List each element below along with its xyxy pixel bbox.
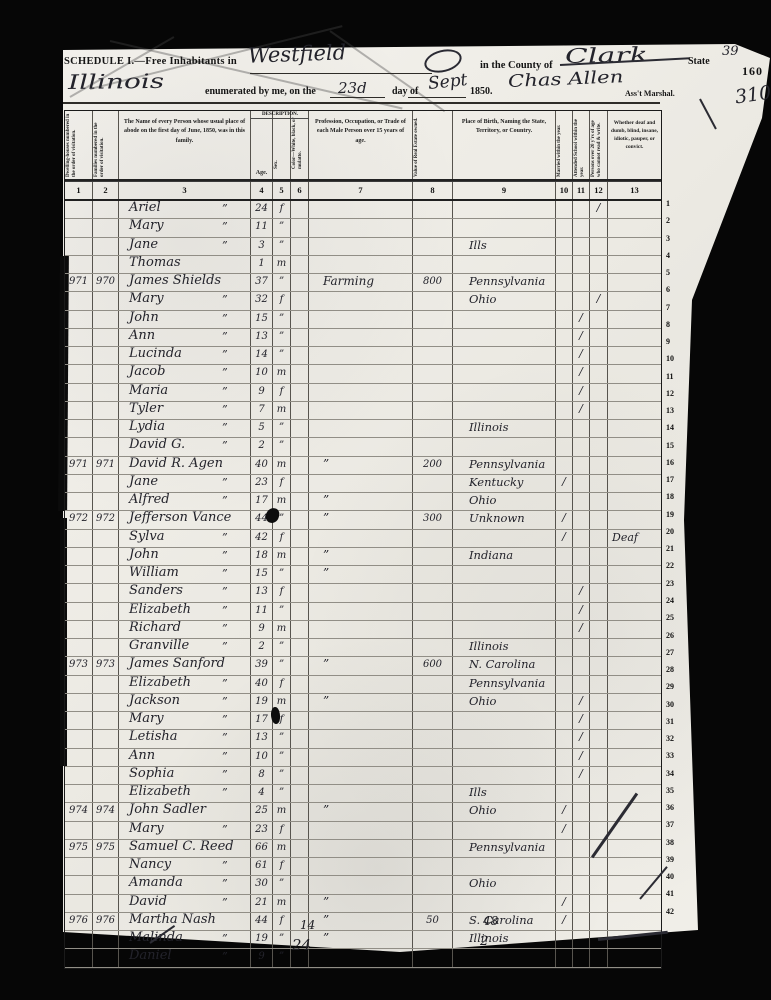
col-header-color: Color—White, black, or mulatto. bbox=[291, 111, 309, 179]
occupation-value bbox=[309, 603, 413, 620]
dwelling-number bbox=[65, 621, 93, 638]
person-name: Ann bbox=[119, 328, 222, 345]
real-estate-value bbox=[413, 931, 453, 948]
age-value: 23 bbox=[251, 822, 273, 839]
name-cell: James Shields bbox=[119, 274, 251, 291]
family-number: 970 bbox=[93, 274, 119, 291]
census-table: Dwelling-houses numbered in the order of… bbox=[64, 110, 662, 969]
person-name: Granville bbox=[119, 638, 222, 655]
family-number bbox=[93, 420, 119, 437]
footer-tally: 24 bbox=[292, 936, 311, 954]
marshal-label: Ass't Marshal. bbox=[625, 89, 675, 98]
condition-note bbox=[608, 384, 661, 401]
married-tick bbox=[556, 420, 573, 437]
color-cell bbox=[291, 603, 309, 620]
family-number: 976 bbox=[93, 913, 119, 930]
pencil-page-number: 39 bbox=[722, 44, 739, 59]
occupation-value bbox=[309, 858, 413, 875]
married-tick bbox=[556, 402, 573, 419]
col-number: 2 bbox=[93, 182, 119, 199]
condition-note bbox=[608, 749, 661, 766]
married-tick bbox=[556, 457, 573, 474]
color-cell bbox=[291, 767, 309, 784]
color-cell bbox=[291, 384, 309, 401]
age-value: 18 bbox=[251, 548, 273, 565]
married-tick bbox=[556, 639, 573, 656]
condition-note bbox=[608, 949, 661, 966]
birthplace-value: Pennsylvania bbox=[453, 676, 556, 693]
table-row: Jane ” 3 ” Ills bbox=[65, 238, 661, 256]
line-numbers: 1234567891011121314151617181920212223242… bbox=[666, 195, 686, 925]
real-estate-value bbox=[413, 256, 453, 273]
school-tick bbox=[573, 292, 590, 309]
table-row: Mary ” 17 f ∕ bbox=[65, 712, 661, 730]
col-number: 7 bbox=[309, 182, 413, 199]
family-number bbox=[93, 219, 119, 236]
sex-value: f bbox=[273, 475, 291, 492]
occupation-value bbox=[309, 365, 413, 382]
school-tick bbox=[573, 274, 590, 291]
line-number: 32 bbox=[666, 734, 684, 743]
name-cell: Sophia ” bbox=[119, 767, 251, 784]
school-tick bbox=[573, 219, 590, 236]
cannot-read-tick bbox=[590, 712, 608, 729]
person-name: James Shields bbox=[119, 273, 222, 290]
birthplace-value bbox=[453, 749, 556, 766]
color-cell bbox=[291, 256, 309, 273]
occupation-value bbox=[309, 475, 413, 492]
married-tick bbox=[556, 274, 573, 291]
table-row: Elizabeth ” 4 ” Ills bbox=[65, 785, 661, 803]
cannot-read-tick bbox=[590, 420, 608, 437]
occupation-value: ” bbox=[309, 511, 413, 528]
married-tick: ∕ bbox=[556, 511, 573, 528]
school-tick bbox=[573, 822, 590, 839]
real-estate-value: 50 bbox=[413, 913, 453, 930]
name-cell: Richard ” bbox=[119, 621, 251, 638]
person-name: Alfred bbox=[119, 492, 222, 509]
col-number: 10 bbox=[556, 182, 573, 199]
school-tick: ∕ bbox=[573, 603, 590, 620]
line-number: 13 bbox=[666, 406, 684, 415]
school-tick bbox=[573, 785, 590, 802]
line-number: 37 bbox=[666, 820, 684, 829]
table-row: Sophia ” 8 ” ∕ bbox=[65, 767, 661, 785]
birthplace-value bbox=[453, 858, 556, 875]
occupation-value: ” bbox=[309, 548, 413, 565]
school-tick bbox=[573, 913, 590, 930]
birthplace-value bbox=[453, 584, 556, 601]
married-tick bbox=[556, 493, 573, 510]
ditto-mark bbox=[223, 457, 250, 474]
line-number: 38 bbox=[666, 838, 684, 847]
sex-value: ” bbox=[273, 274, 291, 291]
family-number bbox=[93, 603, 119, 620]
table-row: John ” 15 ” ∕ bbox=[65, 311, 661, 329]
condition-note bbox=[608, 840, 661, 857]
person-name: William bbox=[119, 565, 222, 582]
birthplace-value bbox=[453, 402, 556, 419]
cannot-read-tick bbox=[590, 566, 608, 583]
ditto-mark: ” bbox=[222, 292, 250, 309]
school-tick bbox=[573, 639, 590, 656]
age-value: 10 bbox=[251, 749, 273, 766]
birthplace-value: Indiana bbox=[453, 548, 556, 565]
color-cell bbox=[291, 274, 309, 291]
ditto-mark: ” bbox=[222, 420, 250, 437]
family-number bbox=[93, 931, 119, 948]
table-row: Richard ” 9 m ∕ bbox=[65, 621, 661, 639]
family-number bbox=[93, 548, 119, 565]
handwritten-state: Illinois bbox=[68, 69, 165, 94]
col-header-condition: Whether deaf and dumb, blind, insane, id… bbox=[608, 111, 661, 179]
ditto-mark: ” bbox=[222, 949, 250, 966]
school-tick: ∕ bbox=[573, 311, 590, 328]
condition-note bbox=[608, 694, 661, 711]
school-tick bbox=[573, 238, 590, 255]
line-number: 24 bbox=[666, 596, 684, 605]
age-value: 40 bbox=[251, 457, 273, 474]
color-cell bbox=[291, 493, 309, 510]
birthplace-value bbox=[453, 566, 556, 583]
sex-value: ” bbox=[273, 639, 291, 656]
school-tick: ∕ bbox=[573, 329, 590, 346]
sex-value: f bbox=[273, 858, 291, 875]
cannot-read-tick bbox=[590, 657, 608, 674]
line-number: 12 bbox=[666, 389, 684, 398]
ditto-mark bbox=[222, 913, 250, 930]
occupation-value bbox=[309, 621, 413, 638]
occupation-value: ” bbox=[309, 895, 413, 912]
person-name: Lydia bbox=[119, 419, 222, 436]
age-value: 13 bbox=[251, 329, 273, 346]
name-cell: David ” bbox=[119, 895, 251, 912]
handwritten-month: Sept bbox=[427, 70, 468, 94]
family-number bbox=[93, 749, 119, 766]
age-value: 14 bbox=[251, 347, 273, 364]
sex-value: ” bbox=[273, 238, 291, 255]
col-header-family: Families numbered in the order of visita… bbox=[93, 111, 119, 179]
school-tick: ∕ bbox=[573, 402, 590, 419]
sex-value: m bbox=[273, 895, 291, 912]
condition-note bbox=[608, 347, 661, 364]
dwelling-number bbox=[65, 749, 93, 766]
dwelling-number bbox=[65, 730, 93, 747]
family-number bbox=[93, 895, 119, 912]
name-cell: Tyler ” bbox=[119, 402, 251, 419]
school-tick bbox=[573, 256, 590, 273]
family-number bbox=[93, 311, 119, 328]
birthplace-value: Ohio bbox=[453, 493, 556, 510]
dwelling-number bbox=[65, 219, 93, 236]
line-number: 14 bbox=[666, 423, 684, 432]
age-value: 32 bbox=[251, 292, 273, 309]
line-number: 34 bbox=[666, 769, 684, 778]
table-body: Ariel ” 24 f ∕ Mary ” 11 ” bbox=[65, 201, 661, 968]
sex-value: m bbox=[273, 840, 291, 857]
dwelling-number bbox=[65, 584, 93, 601]
married-tick bbox=[556, 858, 573, 875]
dwelling-number bbox=[65, 530, 93, 547]
real-estate-value: 200 bbox=[413, 457, 453, 474]
dwelling-number bbox=[65, 949, 93, 966]
color-cell bbox=[291, 876, 309, 893]
school-tick bbox=[573, 511, 590, 528]
ditto-mark: ” bbox=[222, 493, 250, 510]
cannot-read-tick bbox=[590, 219, 608, 236]
condition-note bbox=[608, 639, 661, 656]
state-label: State bbox=[688, 56, 710, 67]
condition-note bbox=[608, 457, 661, 474]
table-row: Mary ” 32 f Ohio ∕ bbox=[65, 292, 661, 310]
sex-value: f bbox=[273, 676, 291, 693]
real-estate-value bbox=[413, 858, 453, 875]
condition-note bbox=[608, 201, 661, 218]
color-cell bbox=[291, 530, 309, 547]
name-cell: Ann ” bbox=[119, 329, 251, 346]
ditto-mark: ” bbox=[222, 931, 250, 948]
person-name: Jackson bbox=[119, 693, 222, 710]
occupation-value: ” bbox=[309, 931, 413, 948]
married-tick bbox=[556, 785, 573, 802]
real-estate-value bbox=[413, 676, 453, 693]
ditto-mark: ” bbox=[222, 475, 250, 492]
condition-note bbox=[608, 730, 661, 747]
married-tick bbox=[556, 584, 573, 601]
cannot-read-tick bbox=[590, 730, 608, 747]
dwelling-number bbox=[65, 292, 93, 309]
married-tick bbox=[556, 603, 573, 620]
person-name: John bbox=[119, 547, 222, 564]
color-cell bbox=[291, 803, 309, 820]
person-name: Mary bbox=[119, 291, 222, 308]
school-tick: ∕ bbox=[573, 347, 590, 364]
age-value: 44 bbox=[251, 913, 273, 930]
condition-note bbox=[608, 420, 661, 437]
birthplace-value bbox=[453, 603, 556, 620]
real-estate-value bbox=[413, 749, 453, 766]
sex-value: ” bbox=[273, 311, 291, 328]
person-name: Sylva bbox=[119, 529, 222, 546]
occupation-value bbox=[309, 201, 413, 218]
cannot-read-tick bbox=[590, 858, 608, 875]
school-tick bbox=[573, 201, 590, 218]
married-tick bbox=[556, 876, 573, 893]
dwelling-number: 975 bbox=[65, 840, 93, 857]
table-row: Elizabeth ” 40 f Pennsylvania bbox=[65, 676, 661, 694]
family-number bbox=[93, 201, 119, 218]
name-cell: Malinda ” bbox=[119, 931, 251, 948]
condition-note bbox=[608, 657, 661, 674]
color-cell bbox=[291, 219, 309, 236]
cannot-read-tick bbox=[590, 694, 608, 711]
condition-note bbox=[608, 402, 661, 419]
line-number: 27 bbox=[666, 648, 684, 657]
family-number: 971 bbox=[93, 457, 119, 474]
ditto-mark: ” bbox=[222, 201, 250, 218]
age-value: 24 bbox=[251, 201, 273, 218]
birthplace-value: Unknown bbox=[453, 511, 556, 528]
line-number: 5 bbox=[666, 268, 684, 277]
table-row: 975 975 Samuel C. Reed 66 m Pennsylvania bbox=[65, 840, 661, 858]
school-tick bbox=[573, 493, 590, 510]
school-tick bbox=[573, 931, 590, 948]
age-value: 40 bbox=[251, 676, 273, 693]
occupation-value bbox=[309, 402, 413, 419]
line-number: 33 bbox=[666, 751, 684, 760]
condition-note bbox=[608, 767, 661, 784]
person-name: Jane bbox=[119, 474, 222, 491]
birthplace-value bbox=[453, 949, 556, 966]
handwritten-place: Westfield bbox=[248, 40, 347, 67]
table-row: 973 973 James Sanford 39 ” ” 600 N. Caro… bbox=[65, 657, 661, 675]
ditto-mark: ” bbox=[222, 895, 250, 912]
color-cell bbox=[291, 475, 309, 492]
birthplace-value: Illinois bbox=[453, 420, 556, 437]
footer-tally: 14 bbox=[300, 918, 315, 932]
table-row: David ” 21 m ” ∕ bbox=[65, 895, 661, 913]
ditto-mark: ” bbox=[222, 530, 250, 547]
person-name: Elizabeth bbox=[119, 784, 222, 801]
occupation-value bbox=[309, 749, 413, 766]
cannot-read-tick bbox=[590, 329, 608, 346]
person-name: Elizabeth bbox=[119, 602, 222, 619]
line-number: 3 bbox=[666, 234, 684, 243]
name-cell: Mary ” bbox=[119, 292, 251, 309]
person-name: Tyler bbox=[119, 401, 222, 418]
table-row: Ariel ” 24 f ∕ bbox=[65, 201, 661, 219]
sex-value: ” bbox=[273, 347, 291, 364]
sex-value: f bbox=[273, 292, 291, 309]
name-cell: Thomas bbox=[119, 256, 251, 273]
family-number bbox=[93, 402, 119, 419]
married-tick bbox=[556, 256, 573, 273]
ditto-mark: ” bbox=[222, 749, 250, 766]
dwelling-number bbox=[65, 676, 93, 693]
name-cell: James Sanford bbox=[119, 657, 251, 674]
cannot-read-tick bbox=[590, 457, 608, 474]
real-estate-value bbox=[413, 292, 453, 309]
ditto-mark: ” bbox=[222, 438, 250, 455]
real-estate-value bbox=[413, 201, 453, 218]
ditto-mark: ” bbox=[222, 584, 250, 601]
condition-note bbox=[608, 676, 661, 693]
occupation-value bbox=[309, 639, 413, 656]
ditto-mark: ” bbox=[222, 548, 250, 565]
col-number: 4 bbox=[251, 182, 273, 199]
color-cell bbox=[291, 511, 309, 528]
married-tick bbox=[556, 566, 573, 583]
color-cell bbox=[291, 730, 309, 747]
col-header-birthplace: Place of Birth, Naming the State, Territ… bbox=[453, 111, 556, 179]
ditto-mark bbox=[222, 274, 250, 291]
col-number: 5 bbox=[273, 182, 291, 199]
name-cell: John ” bbox=[119, 311, 251, 328]
dwelling-number bbox=[65, 785, 93, 802]
occupation-value bbox=[309, 730, 413, 747]
occupation-value bbox=[309, 329, 413, 346]
condition-note bbox=[608, 274, 661, 291]
occupation-value: ” bbox=[309, 694, 413, 711]
birthplace-value: Pennsylvania bbox=[453, 840, 556, 857]
birthplace-value: Pennsylvania bbox=[453, 457, 556, 474]
married-tick: ∕ bbox=[556, 895, 573, 912]
table-row: Elizabeth ” 11 ” ∕ bbox=[65, 603, 661, 621]
real-estate-value bbox=[413, 530, 453, 547]
real-estate-value bbox=[413, 895, 453, 912]
age-value: 19 bbox=[251, 931, 273, 948]
table-row: Jackson ” 19 m ” Ohio ∕ bbox=[65, 694, 661, 712]
dwelling-number bbox=[65, 238, 93, 255]
dwelling-number bbox=[65, 402, 93, 419]
cannot-read-tick bbox=[590, 511, 608, 528]
condition-note bbox=[608, 475, 661, 492]
school-tick bbox=[573, 803, 590, 820]
dwelling-number bbox=[65, 329, 93, 346]
real-estate-value bbox=[413, 840, 453, 857]
color-cell bbox=[291, 347, 309, 364]
married-tick bbox=[556, 548, 573, 565]
dwelling-number bbox=[65, 548, 93, 565]
dwelling-number: 971 bbox=[65, 457, 93, 474]
family-number bbox=[93, 530, 119, 547]
line-number: 19 bbox=[666, 510, 684, 519]
person-name: Sophia bbox=[119, 766, 222, 783]
occupation-value bbox=[309, 292, 413, 309]
birthplace-value: Ills bbox=[453, 785, 556, 802]
col-header-school: Attended School within the year. bbox=[573, 111, 590, 179]
birthplace-value: Pennsylvania bbox=[453, 274, 556, 291]
birthplace-value bbox=[453, 384, 556, 401]
occupation-value bbox=[309, 822, 413, 839]
cannot-read-tick bbox=[590, 365, 608, 382]
table-row: Tyler ” 7 m ∕ bbox=[65, 402, 661, 420]
table-row: Granville ” 2 ” Illinois bbox=[65, 639, 661, 657]
cannot-read-tick bbox=[590, 895, 608, 912]
person-name: David R. Agen bbox=[119, 456, 223, 473]
married-tick bbox=[556, 694, 573, 711]
married-tick bbox=[556, 949, 573, 966]
school-tick: ∕ bbox=[573, 584, 590, 601]
cannot-read-tick bbox=[590, 475, 608, 492]
name-cell: Letisha ” bbox=[119, 730, 251, 747]
ditto-mark: ” bbox=[222, 603, 250, 620]
real-estate-value bbox=[413, 475, 453, 492]
married-tick: ∕ bbox=[556, 803, 573, 820]
col-header-cannot-read: Persons over 20 y'rs of age who cannot r… bbox=[590, 111, 608, 179]
real-estate-value bbox=[413, 420, 453, 437]
sex-value: ” bbox=[273, 603, 291, 620]
col-header-sex: Sex. bbox=[273, 111, 291, 179]
cannot-read-tick bbox=[590, 603, 608, 620]
sex-value: f bbox=[273, 530, 291, 547]
real-estate-value bbox=[413, 767, 453, 784]
person-name: Richard bbox=[119, 620, 222, 637]
sex-value: ” bbox=[273, 749, 291, 766]
age-value: 5 bbox=[251, 420, 273, 437]
color-cell bbox=[291, 657, 309, 674]
line-number: 21 bbox=[666, 544, 684, 553]
table-row: Amanda ” 30 ” Ohio bbox=[65, 876, 661, 894]
table-row: Ann ” 10 ” ∕ bbox=[65, 749, 661, 767]
occupation-value bbox=[309, 238, 413, 255]
line-number: 31 bbox=[666, 717, 684, 726]
school-tick bbox=[573, 657, 590, 674]
cannot-read-tick bbox=[590, 639, 608, 656]
age-value: 19 bbox=[251, 694, 273, 711]
age-value: 25 bbox=[251, 803, 273, 820]
ditto-mark: ” bbox=[222, 676, 250, 693]
